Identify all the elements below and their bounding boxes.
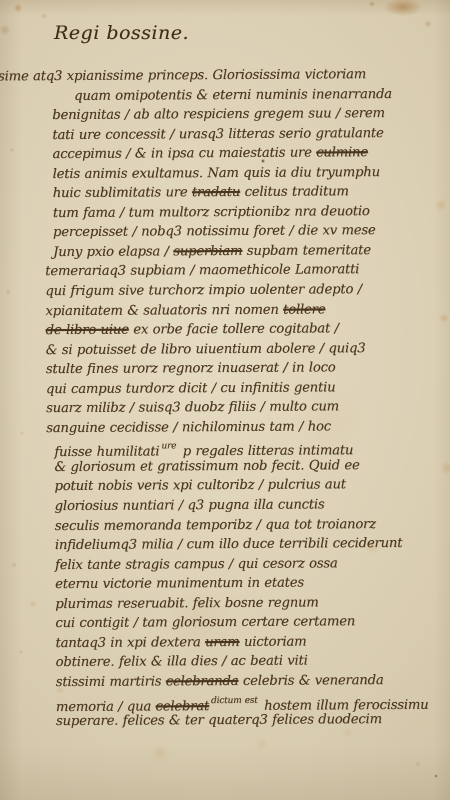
struck-text: uram — [205, 635, 239, 650]
text-segment: potuit nobis veris xpi cultoribz / pulcr… — [54, 478, 345, 495]
manuscript-lines: sime atq3 xpianissime princeps. Gloriosi… — [0, 65, 450, 732]
text-segment: infideliumq3 milia / cum illo duce terri… — [55, 536, 402, 553]
interlinear-insertion: ure — [161, 442, 176, 452]
text-segment: stulte fines urorz regnorz inuaserat / i… — [46, 361, 336, 378]
text-segment: uictoriam — [239, 634, 306, 649]
struck-text: de libro uiue — [46, 323, 129, 339]
text-segment: celebris & veneranda — [238, 673, 383, 689]
manuscript-page: Regi bossine. sime atq3 xpianissime prin… — [0, 0, 450, 800]
text-line: qui frigum sive turchorz impio uolenter … — [45, 280, 449, 302]
text-line: qui campus turdorz dicit / cu infinitis … — [46, 377, 450, 399]
struck-text: culmine — [316, 145, 368, 160]
text-line: stulte fines urorz regnorz inuaserat / i… — [46, 358, 450, 380]
text-segment: xpianitatem & saluatoris nri nomen — [45, 302, 283, 318]
text-segment: qui campus turdorz dicit / cu infinitis … — [46, 380, 336, 397]
text-segment: tum fama / tum multorz scriptionibz nra … — [53, 204, 370, 221]
text-line: letis animis exultamus. Nam quis ia diu … — [53, 162, 449, 184]
text-segment: letis animis exultamus. Nam quis ia diu … — [53, 165, 380, 182]
text-line: obtinere. felix & illa dies / ac beati v… — [56, 651, 450, 673]
text-line: & gloriosum et gratissimum nob fecit. Qu… — [54, 456, 450, 478]
text-segment: superare. felices & ter quaterq3 felices… — [56, 712, 382, 729]
text-segment: plurimas reseruabit. felix bosne regnum — [55, 595, 318, 612]
text-segment: Juny pxio elapsa / — [53, 244, 173, 260]
text-line: percepisset / nobq3 notissimu foret / di… — [53, 221, 449, 243]
text-line: & si potuisset de libro uiuentium aboler… — [46, 338, 450, 360]
text-segment: accepimus / & in ipsa cu maiestatis ure — [52, 146, 316, 163]
text-line: eternu victorie munimentum in etates — [55, 573, 450, 595]
text-line: seculis memoranda temporibz / qua tot tr… — [55, 514, 450, 536]
text-line: sime atq3 xpianissime princeps. Gloriosi… — [0, 65, 448, 87]
struck-text: celebranda — [166, 674, 239, 689]
text-line: memoria / qua celebratdictum est hostem … — [56, 690, 450, 712]
text-line: temerariaq3 supbiam / maomethicole Lamor… — [45, 260, 449, 282]
text-segment: tati ure concessit / urasq3 litteras ser… — [52, 126, 383, 143]
text-line: suarz milibz / suisq3 duobz filiis / mul… — [46, 397, 450, 419]
text-segment: supbam temeritate — [242, 243, 371, 259]
text-line: xpianitatem & saluatoris nri nomen tolle… — [45, 299, 449, 321]
text-segment: sime atq3 xpianissime princeps. Gloriosi… — [0, 67, 366, 84]
text-line: felix tante stragis campus / qui cesorz … — [55, 553, 450, 575]
text-line: accepimus / & in ipsa cu maiestatis ure … — [52, 143, 448, 165]
text-segment: benignitas / ab alto respiciens gregem s… — [52, 106, 385, 123]
text-segment: ex orbe facie tollere cogitabat / — [129, 321, 339, 337]
text-line: fuisse humilitatiure p regales litteras … — [54, 436, 450, 458]
text-segment: & si potuisset de libro uiuentium aboler… — [46, 341, 366, 358]
text-line: gloriosius nuntiari / q3 pugna illa cunc… — [55, 495, 450, 517]
text-line: Juny pxio elapsa / superbiam supbam teme… — [53, 241, 449, 263]
text-line: infideliumq3 milia / cum illo duce terri… — [55, 534, 450, 556]
text-segment: & gloriosum et gratissimum nob fecit. Qu… — [54, 458, 359, 475]
text-segment: tantaq3 in xpi dextera — [55, 635, 205, 651]
text-segment: temerariaq3 supbiam / maomethicole Lamor… — [45, 263, 359, 280]
text-segment: obtinere. felix & illa dies / ac beati v… — [56, 654, 308, 671]
text-line: tantaq3 in xpi dextera uram uictoriam — [55, 631, 450, 653]
text-segment: felix tante stragis campus / qui cesorz … — [55, 556, 338, 573]
text-segment: suarz milibz / suisq3 duobz filiis / mul… — [46, 400, 339, 417]
text-segment: eternu victorie munimentum in etates — [55, 576, 304, 593]
interlinear-insertion: dictum est — [211, 695, 258, 705]
struck-text: tradatu — [192, 185, 240, 200]
struck-text: superbiam — [173, 244, 242, 259]
document-heading: Regi bossine. — [54, 22, 189, 44]
text-segment: qui frigum sive turchorz impio uolenter … — [45, 282, 362, 299]
text-segment: celitus traditum — [240, 185, 349, 201]
text-segment: sanguine cecidisse / nichilominus tam / … — [46, 419, 331, 436]
text-line: cui contigit / tam gloriosum certare cer… — [55, 612, 450, 634]
text-line: quam omipotentis & eterni numinis inenar… — [74, 84, 448, 106]
text-segment: huic sublimitatis ure — [53, 185, 192, 201]
text-segment: percepisset / nobq3 notissimu foret / di… — [53, 223, 376, 240]
text-segment: gloriosius nuntiari / q3 pugna illa cunc… — [55, 497, 325, 514]
text-line: benignitas / ab alto respiciens gregem s… — [52, 104, 448, 126]
text-line: tati ure concessit / urasq3 litteras ser… — [52, 123, 448, 145]
text-segment: seculis memoranda temporibz / qua tot tr… — [55, 517, 376, 534]
text-line: potuit nobis veris xpi cultoribz / pulcr… — [54, 475, 450, 497]
text-segment: stissimi martiris — [56, 674, 166, 690]
text-line: stissimi martiris celebranda celebris & … — [56, 671, 450, 693]
text-line: sanguine cecidisse / nichilominus tam / … — [46, 416, 450, 438]
text-line: tum fama / tum multorz scriptionibz nra … — [53, 201, 449, 223]
text-line: plurimas reseruabit. felix bosne regnum — [55, 592, 450, 614]
text-segment: cui contigit / tam gloriosum certare cer… — [55, 615, 355, 632]
text-segment: quam omipotentis & eterni numinis inenar… — [74, 87, 392, 104]
text-line: de libro uiue ex orbe facie tollere cogi… — [46, 319, 450, 341]
text-line: huic sublimitatis ure tradatu celitus tr… — [53, 182, 449, 204]
struck-text: tollere — [283, 302, 325, 317]
